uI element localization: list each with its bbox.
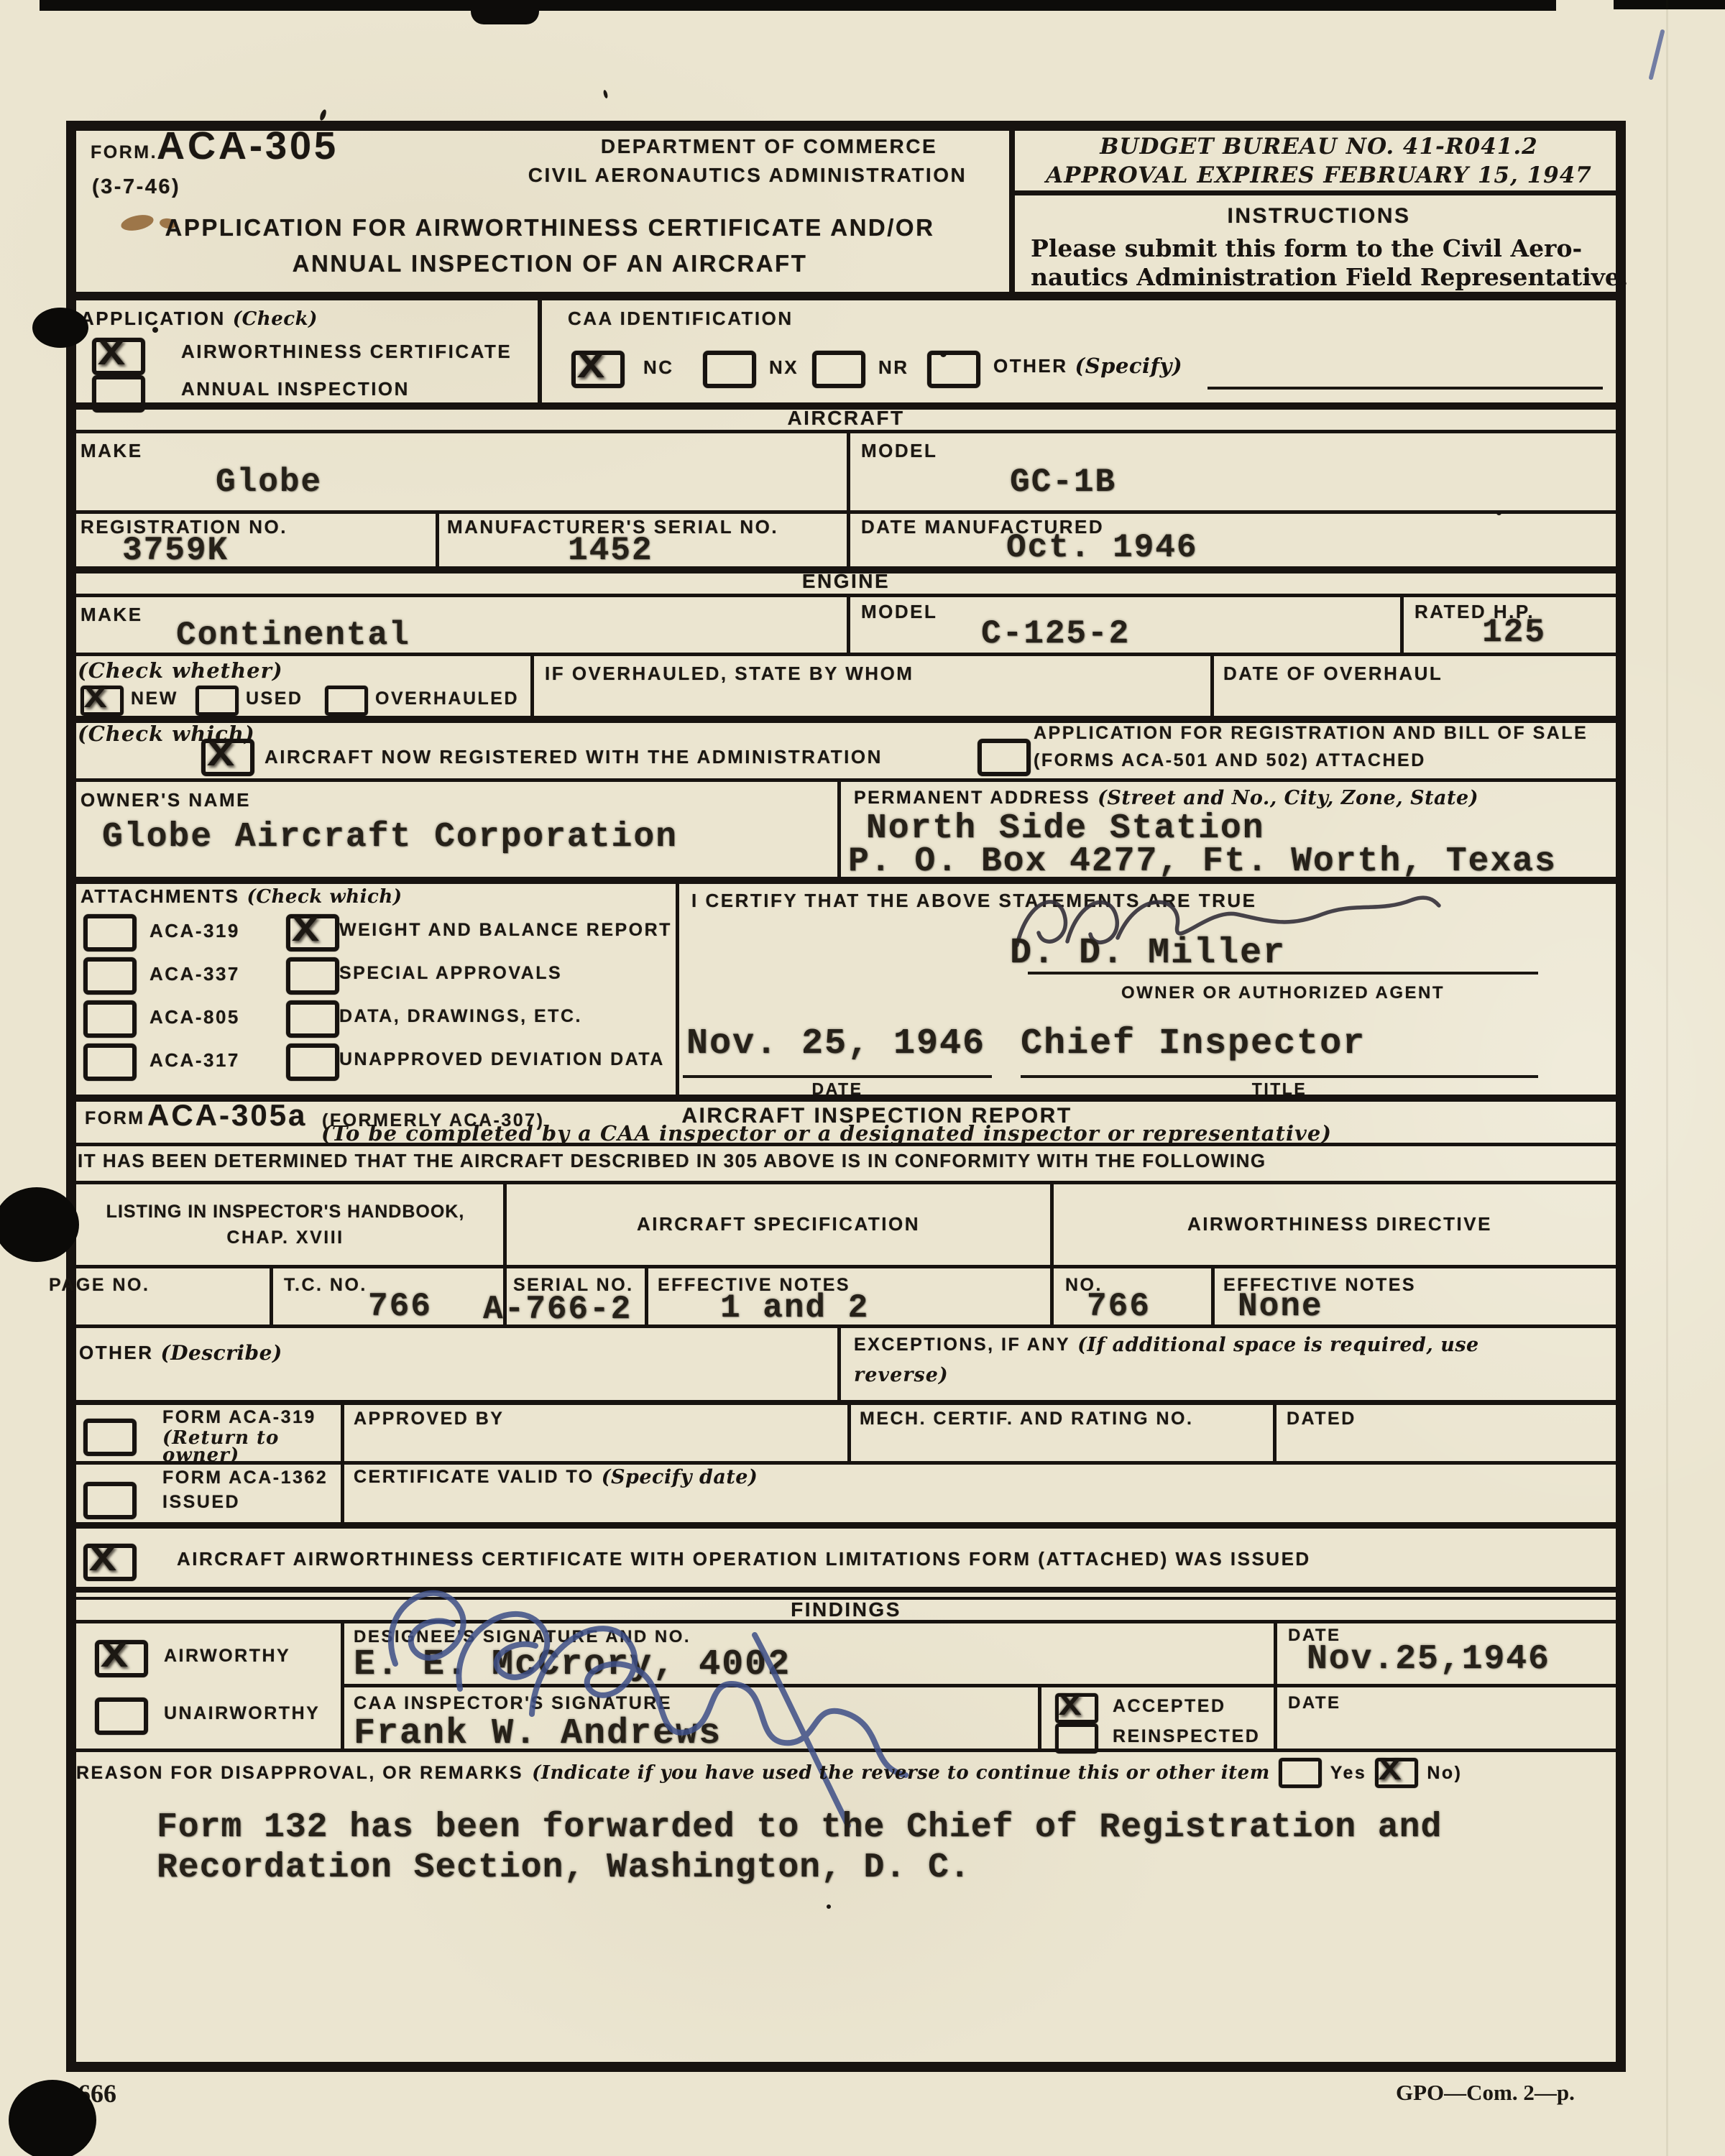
- exceptions-note-line2: reverse): [854, 1364, 949, 1386]
- designee-ink-signature: [352, 1538, 956, 1840]
- checkbox-engine-new[interactable]: [80, 686, 124, 716]
- rule: [837, 1325, 841, 1400]
- page-no-label: PAGE NO.: [49, 1275, 149, 1296]
- other-describe-label: OTHER: [79, 1342, 154, 1364]
- annual-inspection-label: ANNUAL INSPECTION: [181, 378, 410, 400]
- spec-serial-value[interactable]: A-766-2: [483, 1291, 632, 1328]
- scan-speck: [318, 109, 327, 121]
- pen-tick-mark: [1648, 29, 1665, 80]
- other-describe-label-line: OTHER (Describe): [79, 1341, 282, 1365]
- approved-by-label: APPROVED BY: [354, 1409, 504, 1429]
- data-drawings-label: DATA, DRAWINGS, ETC.: [339, 1006, 582, 1027]
- checkbox-nx[interactable]: [703, 351, 756, 388]
- checkbox-data-drawings[interactable]: [286, 1000, 339, 1038]
- certification-date-label: DATE: [683, 1079, 992, 1099]
- application-label-note: (Check): [233, 308, 318, 330]
- attachments-label-note: (Check which): [247, 886, 402, 908]
- scan-speck: [603, 90, 609, 99]
- rule: [66, 430, 1626, 433]
- airworthiness-directive-header: AIRWORTHINESS DIRECTIVE: [1054, 1213, 1626, 1235]
- report-subtitle: (To be completed by a CAA inspector or a…: [180, 1121, 1473, 1146]
- directive-no-value[interactable]: 766: [1087, 1288, 1151, 1325]
- form-aca-319-label: FORM ACA-319: [162, 1407, 316, 1428]
- remarks-line2[interactable]: Recordation Section, Washington, D. C.: [157, 1848, 971, 1887]
- hole-punch-top: [32, 308, 88, 348]
- unapproved-deviation-label: UNAPPROVED DEVIATION DATA: [339, 1049, 665, 1070]
- application-section-label: APPLICATION (Check): [80, 308, 318, 330]
- rule: [1273, 1400, 1276, 1461]
- application-attached-line2: (FORMS ACA-501 AND 502) ATTACHED: [1034, 750, 1426, 771]
- weight-balance-report-label: WEIGHT AND BALANCE REPORT: [339, 920, 672, 941]
- rule: [1274, 1620, 1277, 1749]
- footer-gpo-imprint: GPO—Com. 2—p.: [1396, 2080, 1575, 2106]
- checkbox-reinspected[interactable]: [1055, 1723, 1098, 1754]
- rule: [66, 1461, 1626, 1465]
- exceptions-label-line: EXCEPTIONS, IF ANY (If additional space …: [854, 1334, 1479, 1356]
- aircraft-model-label: MODEL: [861, 440, 937, 462]
- rule: [66, 1181, 1626, 1184]
- attachments-label: ATTACHMENTS: [80, 885, 240, 908]
- rule: [66, 1400, 1626, 1405]
- attachments-section-label: ATTACHMENTS (Check which): [80, 885, 402, 908]
- remarks-line1[interactable]: Form 132 has been forwarded to the Chief…: [157, 1808, 1442, 1847]
- checkbox-airworthy[interactable]: [95, 1640, 148, 1677]
- checkbox-nc[interactable]: [571, 351, 625, 388]
- checkbox-aircraft-registered[interactable]: [201, 739, 254, 776]
- rule: [1050, 1265, 1054, 1325]
- dated-label: DATED: [1287, 1409, 1356, 1429]
- agency-line2: CIVIL AERONAUTICS ADMINISTRATION: [489, 164, 1006, 187]
- reason-line: REASON FOR DISAPPROVAL, OR REMARKS (Indi…: [76, 1758, 1462, 1788]
- certification-title-label: TITLE: [1021, 1079, 1538, 1099]
- rule: [847, 1400, 851, 1461]
- aca-317-label: ACA-317: [149, 1049, 240, 1072]
- aircraft-section-title: AIRCRAFT: [66, 407, 1626, 430]
- rule: [66, 594, 1626, 597]
- instructions-body-line1: Please submit this form to the Civil Aer…: [1031, 234, 1582, 262]
- rule: [676, 877, 679, 1095]
- permanent-address-label: PERMANENT ADDRESS: [854, 788, 1090, 808]
- owner-signature-line: [1028, 972, 1538, 975]
- exceptions-label: EXCEPTIONS, IF ANY: [854, 1335, 1070, 1355]
- date-of-overhaul-label: DATE OF OVERHAUL: [1223, 663, 1443, 685]
- rule: [837, 778, 841, 877]
- rule: [530, 653, 534, 716]
- report-form-label: FORM: [85, 1108, 145, 1129]
- engine-make-value[interactable]: Continental: [176, 617, 410, 654]
- engine-new-label: NEW: [131, 688, 178, 709]
- registration-no-value[interactable]: 3759K: [122, 532, 229, 569]
- checkbox-nr[interactable]: [812, 351, 865, 388]
- reinspected-label: REINSPECTED: [1113, 1726, 1260, 1747]
- other-label: OTHER: [993, 355, 1068, 377]
- engine-model-label: MODEL: [861, 601, 937, 623]
- aircraft-make-label: MAKE: [80, 440, 143, 462]
- form-aca-319-note2: owner): [162, 1445, 239, 1466]
- reason-no-label: No): [1427, 1763, 1462, 1784]
- checkbox-aca-337[interactable]: [83, 957, 137, 995]
- form-number-prefix: FORM.: [91, 142, 157, 163]
- form-aca-1362-label: FORM ACA-1362: [162, 1468, 328, 1488]
- rule: [66, 510, 1626, 514]
- special-approvals-label: SPECIAL APPROVALS: [339, 963, 562, 984]
- checkbox-form-aca-319-return[interactable]: [83, 1419, 137, 1456]
- nc-label: NC: [643, 356, 674, 379]
- engine-model-value[interactable]: C-125-2: [981, 615, 1130, 653]
- handbook-header-line2: CHAP. XVIII: [70, 1227, 501, 1248]
- approval-expires: APPROVAL EXPIRES FEBRUARY 15, 1947: [1028, 162, 1610, 188]
- checkbox-aca-317[interactable]: [83, 1044, 137, 1081]
- rule: [436, 510, 439, 566]
- aca-337-label: ACA-337: [149, 963, 240, 985]
- effective-notes-value[interactable]: 1 and 2: [720, 1289, 869, 1327]
- accepted-label: ACCEPTED: [1113, 1696, 1226, 1717]
- caa-identification-label: CAA IDENTIFICATION: [568, 308, 793, 330]
- date-manufactured-value[interactable]: Oct. 1946: [1006, 529, 1197, 566]
- certification-date-line: [683, 1075, 992, 1078]
- rule: [847, 594, 850, 653]
- tc-no-value[interactable]: 766: [368, 1288, 432, 1325]
- scanned-form-page: FORM. ACA-305 (3-7-46) DEPARTMENT OF COM…: [0, 0, 1725, 2156]
- findings-date-value[interactable]: Nov.25,1946: [1307, 1640, 1550, 1679]
- rule: [1038, 1684, 1041, 1749]
- owner-agent-label: OWNER OR AUTHORIZED AGENT: [1028, 983, 1538, 1003]
- findings-date2-label: DATE: [1288, 1693, 1341, 1713]
- directive-notes-value[interactable]: None: [1238, 1288, 1322, 1325]
- rule: [1009, 121, 1015, 296]
- reason-note: (Indicate if you have used the reverse t…: [532, 1762, 1270, 1784]
- rule: [270, 1265, 273, 1325]
- rule: [341, 1620, 344, 1749]
- checkbox-engine-overhauled[interactable]: [325, 686, 368, 716]
- permanent-address-label-line: PERMANENT ADDRESS (Street and No., City,…: [854, 787, 1478, 809]
- nr-label: NR: [878, 356, 909, 379]
- form-title-line2: ANNUAL INSPECTION OF AN AIRCRAFT: [93, 250, 1006, 277]
- owner-signature-typed[interactable]: D. D. Miller: [1010, 933, 1286, 974]
- check-whether-label: (Check whether): [78, 658, 283, 683]
- owners-name-value[interactable]: Globe Aircraft Corporation: [102, 818, 678, 857]
- checkbox-unairworthy[interactable]: [95, 1697, 148, 1735]
- budget-bureau-no: BUDGET BUREAU NO. 41-R041.2: [1028, 134, 1610, 160]
- certificate-valid-to-label: CERTIFICATE VALID TO: [354, 1467, 594, 1488]
- rule: [1211, 1265, 1215, 1325]
- rule: [538, 300, 542, 402]
- rule: [66, 1522, 1626, 1529]
- checkbox-aca-805[interactable]: [83, 1000, 137, 1038]
- owners-name-label: OWNER'S NAME: [80, 789, 251, 811]
- scan-edge-bar-right: [1614, 0, 1725, 9]
- rule: [1210, 653, 1214, 716]
- certificate-valid-to-line: CERTIFICATE VALID TO (Specify date): [354, 1466, 758, 1488]
- certification-title-value[interactable]: Chief Inspector: [1021, 1023, 1366, 1064]
- checkbox-other[interactable]: [927, 351, 980, 388]
- checkbox-reason-yes[interactable]: [1279, 1758, 1322, 1788]
- checkbox-special-approvals[interactable]: [286, 957, 339, 995]
- aircraft-model-value[interactable]: GC-1B: [1010, 464, 1116, 501]
- overhauled-by-whom-label: IF OVERHAULED, STATE BY WHOM: [545, 663, 914, 685]
- other-note: (Specify): [1075, 354, 1183, 378]
- unairworthy-label: UNAIRWORTHY: [164, 1703, 320, 1724]
- engine-section-title: ENGINE: [66, 570, 1626, 593]
- rule: [341, 1400, 344, 1522]
- rule: [66, 1265, 1626, 1268]
- handbook-header-line1: LISTING IN INSPECTOR'S HANDBOOK,: [70, 1202, 501, 1222]
- checkbox-application-attached[interactable]: [977, 739, 1031, 776]
- tc-no-label: T.C. NO.: [284, 1275, 367, 1296]
- mech-certif-label: MECH. CERTIF. AND RATING NO.: [860, 1409, 1193, 1429]
- rule: [1400, 594, 1404, 653]
- engine-make-label: MAKE: [80, 604, 143, 626]
- application-label: APPLICATION: [80, 308, 226, 330]
- aircraft-registered-label: AIRCRAFT NOW REGISTERED WITH THE ADMINIS…: [264, 746, 883, 768]
- permanent-address-note: (Street and No., City, Zone, State): [1098, 787, 1478, 809]
- checkbox-engine-used[interactable]: [195, 686, 239, 716]
- reason-label: REASON FOR DISAPPROVAL, OR REMARKS: [76, 1763, 523, 1784]
- conformity-statement: IT HAS BEEN DETERMINED THAT THE AIRCRAFT…: [78, 1150, 1266, 1172]
- aircraft-specification-header: AIRCRAFT SPECIFICATION: [507, 1213, 1050, 1235]
- form-revision-date: (3-7-46): [92, 175, 180, 199]
- form-number: ACA-305: [157, 124, 339, 168]
- serial-no-value[interactable]: 1452: [568, 532, 653, 569]
- certification-date-value[interactable]: Nov. 25, 1946: [686, 1023, 985, 1064]
- application-attached-line1: APPLICATION FOR REGISTRATION AND BILL OF…: [1034, 723, 1588, 744]
- rule: [1009, 190, 1626, 195]
- rule: [847, 430, 850, 566]
- instructions-title: INSTRUCTIONS: [1028, 204, 1610, 229]
- checkbox-reason-no[interactable]: [1375, 1758, 1418, 1788]
- certificate-valid-to-note: (Specify date): [602, 1466, 758, 1488]
- checkbox-certificate-issued[interactable]: [83, 1544, 137, 1581]
- airworthy-label: AIRWORTHY: [164, 1646, 290, 1667]
- engine-used-label: USED: [246, 688, 303, 709]
- scan-edge-bar: [40, 0, 1556, 11]
- rule: [66, 716, 1626, 723]
- form-title-line1: APPLICATION FOR AIRWORTHINESS CERTIFICAT…: [93, 214, 1006, 241]
- rule: [66, 292, 1626, 300]
- rule: [645, 1265, 648, 1325]
- aca-805-label: ACA-805: [149, 1006, 240, 1028]
- rule: [66, 778, 1626, 782]
- aircraft-make-value[interactable]: Globe: [216, 464, 322, 501]
- checkbox-aca-319[interactable]: [83, 914, 137, 952]
- reason-yes-label: Yes: [1330, 1763, 1367, 1784]
- rated-hp-value[interactable]: 125: [1482, 614, 1546, 651]
- checkbox-weight-balance-report[interactable]: [286, 914, 339, 952]
- engine-overhauled-label: OVERHAULED: [375, 688, 519, 709]
- airworthiness-certificate-label: AIRWORTHINESS CERTIFICATE: [181, 341, 512, 363]
- other-specify-field[interactable]: [1207, 387, 1603, 390]
- other-describe-note: (Describe): [161, 1341, 282, 1365]
- checkbox-accepted[interactable]: [1055, 1693, 1098, 1723]
- checkbox-airworthiness-certificate[interactable]: [92, 338, 145, 375]
- hole-punch-bottom: [9, 2080, 96, 2156]
- checkbox-form-aca-1362[interactable]: [83, 1482, 137, 1519]
- agency-line1: DEPARTMENT OF COMMERCE: [532, 135, 1006, 158]
- instructions-body-line2: nautics Administration Field Representat…: [1031, 263, 1628, 291]
- scan-edge-blob: [471, 0, 539, 24]
- form-aca-1362-issued-label: ISSUED: [162, 1492, 240, 1513]
- exceptions-note: (If additional space is required, use: [1077, 1334, 1479, 1356]
- checkbox-unapproved-deviation[interactable]: [286, 1044, 339, 1081]
- other-specify-label: OTHER (Specify): [993, 354, 1182, 378]
- paper-crease: [1666, 0, 1668, 2156]
- aca-319-label: ACA-319: [149, 920, 240, 942]
- certification-title-line: [1021, 1075, 1538, 1078]
- nx-label: NX: [769, 356, 799, 379]
